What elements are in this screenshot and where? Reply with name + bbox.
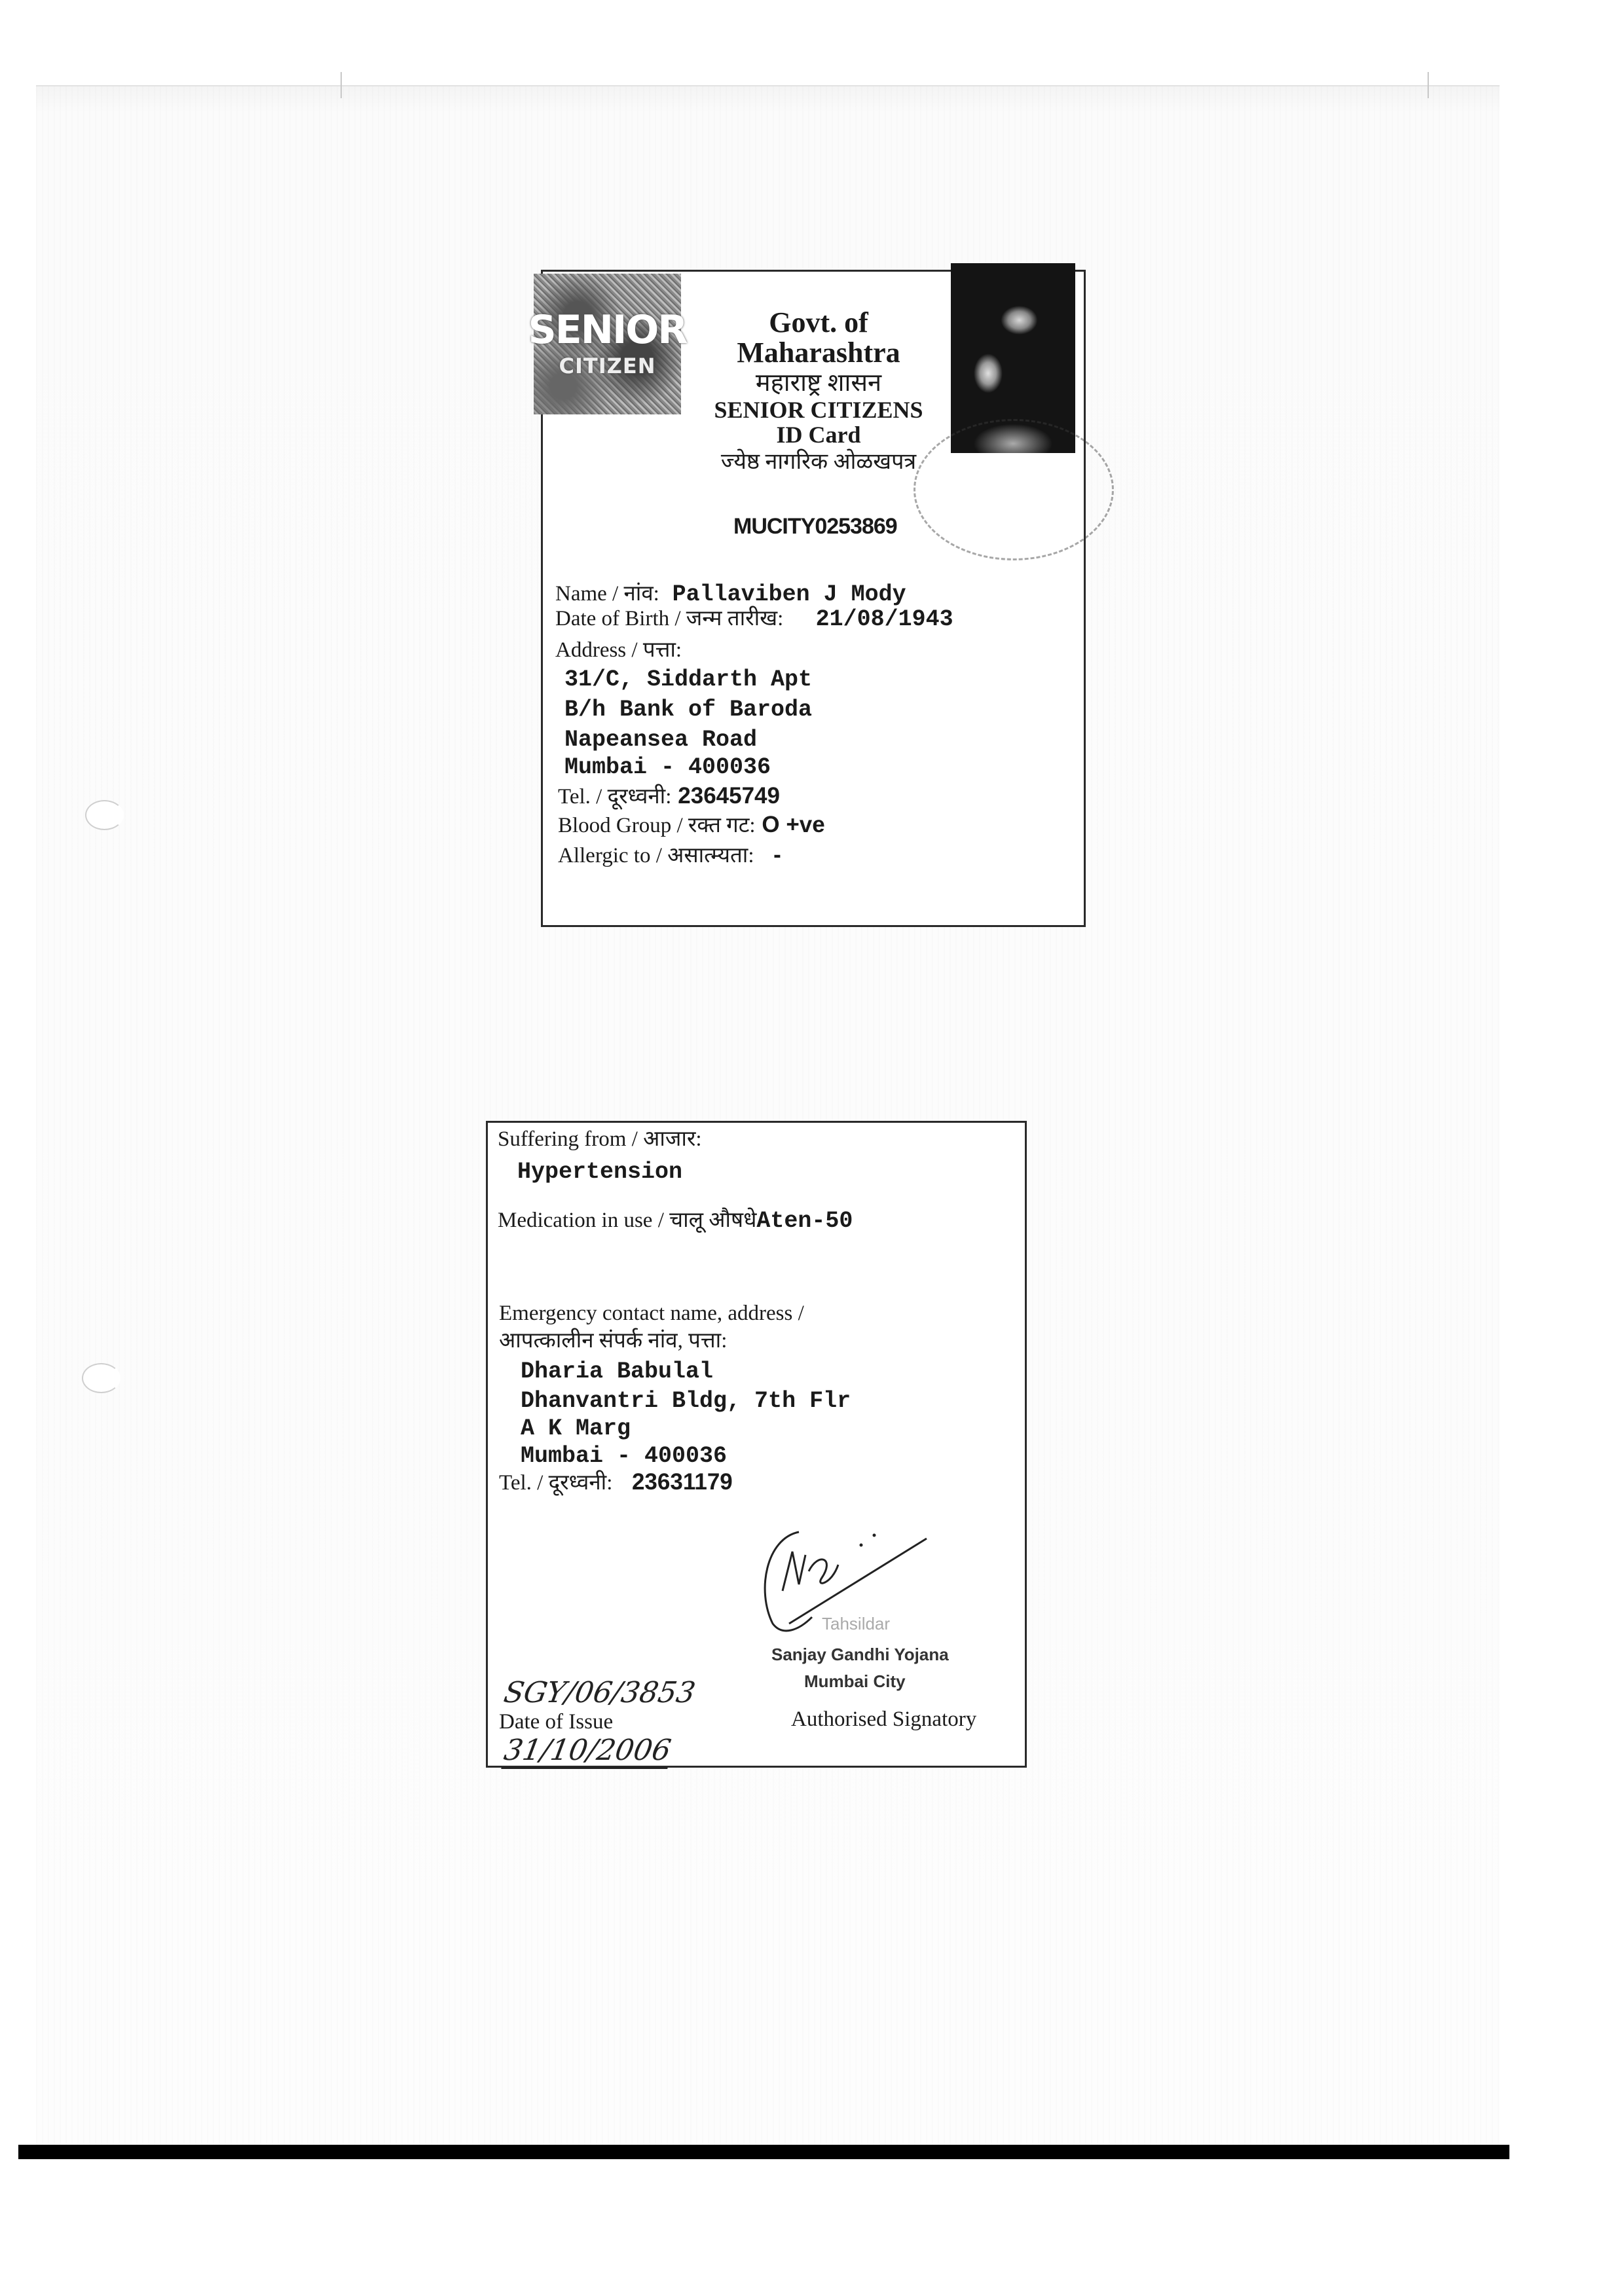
address-line: 31/C, Siddarth Apt bbox=[564, 666, 812, 693]
reference-number-handwritten: SGY/06/3853 bbox=[502, 1676, 698, 1709]
field-blood-group: Blood Group / रक्त गट: O +ve bbox=[558, 812, 825, 839]
stamp-line-scheme: Sanjay Gandhi Yojana bbox=[771, 1645, 949, 1665]
emergency-contact-line: Mumbai - 400036 bbox=[521, 1443, 727, 1469]
scan-artifact bbox=[1428, 72, 1429, 98]
logo-senior-text: SENIOR bbox=[528, 310, 687, 350]
authorised-signatory-label: Authorised Signatory bbox=[791, 1707, 976, 1731]
scan-artifact bbox=[341, 72, 342, 98]
field-suffering-from: Suffering from / आजार: bbox=[498, 1127, 702, 1152]
name-value: Pallaviben J Mody bbox=[673, 581, 906, 608]
address-line: Napeansea Road bbox=[564, 727, 757, 753]
field-allergic-to: Allergic to / असात्म्यता: - bbox=[558, 842, 781, 869]
date-of-issue-handwritten: 31/10/2006 bbox=[501, 1734, 673, 1769]
suffering-label: Suffering from / आजार: bbox=[498, 1127, 702, 1151]
dob-label: Date of Birth / जन्म तारीख: bbox=[555, 607, 783, 630]
punch-hole-mark bbox=[82, 1363, 120, 1393]
allergic-label: Allergic to / असात्म्यता: bbox=[558, 844, 754, 867]
header-govt: Govt. of bbox=[681, 308, 956, 338]
emergency-contact-line: Dhanvantri Bldg, 7th Flr bbox=[521, 1388, 851, 1414]
emergency-label-marathi: आपत्कालीन संपर्क नांव, पत्ता: bbox=[499, 1329, 727, 1353]
blood-group-label: Blood Group / रक्त गट: bbox=[558, 814, 756, 837]
emergency-contact-line: A K Marg bbox=[521, 1415, 631, 1442]
emergency-label: Emergency contact name, address / bbox=[499, 1302, 804, 1325]
official-stamp-seal bbox=[913, 419, 1114, 560]
header-card-subtitle: ID Card bbox=[681, 423, 956, 448]
name-label: Name / नांव: bbox=[555, 582, 659, 606]
punch-hole-mark bbox=[85, 800, 124, 830]
card-header: Govt. of Maharashtra महाराष्ट्र शासन SEN… bbox=[681, 308, 956, 474]
field-medication: Medication in use / चालू औषधेAten-50 bbox=[498, 1208, 853, 1234]
senior-citizen-logo: SENIOR CITIZEN bbox=[534, 274, 681, 414]
header-card-title: SENIOR CITIZENS bbox=[681, 398, 956, 423]
address-label: Address / पत्ता: bbox=[555, 638, 682, 662]
header-state-marathi: महाराष्ट्र शासन bbox=[681, 371, 956, 397]
dob-value: 21/08/1943 bbox=[816, 606, 953, 632]
authorised-signatory: Authorised Signatory bbox=[791, 1707, 976, 1732]
medication-value: Aten-50 bbox=[756, 1208, 853, 1234]
emergency-contact-line: Dharia Babulal bbox=[521, 1358, 713, 1385]
emergency-tel-label: Tel. / दूरध्वनी: bbox=[499, 1471, 612, 1495]
blood-group-value: O +ve bbox=[762, 812, 824, 837]
emergency-tel-value: 23631179 bbox=[632, 1469, 733, 1495]
tel-label: Tel. / दूरध्वनी: bbox=[558, 785, 671, 809]
logo-citizen-text: CITIZEN bbox=[559, 354, 656, 378]
field-dob: Date of Birth / जन्म तारीख: 21/08/1943 bbox=[555, 606, 953, 632]
date-of-issue-label: Date of Issue bbox=[499, 1710, 613, 1735]
field-emergency-label: Emergency contact name, address / bbox=[499, 1302, 804, 1326]
field-address-label: Address / पत्ता: bbox=[555, 638, 682, 663]
allergic-value: - bbox=[773, 842, 781, 867]
scan-footer-bar bbox=[18, 2145, 1509, 2159]
card-number: MUCITY0253869 bbox=[733, 514, 897, 539]
header-card-title-marathi: ज्येष्ठ नागरिक ओळखपत्र bbox=[681, 450, 956, 474]
field-tel: Tel. / दूरध्वनी: 23645749 bbox=[558, 783, 780, 810]
stamp-line-city: Mumbai City bbox=[804, 1671, 906, 1692]
field-emergency-tel: Tel. / दूरध्वनी: 23631179 bbox=[499, 1469, 733, 1496]
stamp-line-tahsildar: Tahsildar bbox=[822, 1614, 890, 1634]
tel-value: 23645749 bbox=[678, 783, 780, 809]
medication-label: Medication in use / चालू औषधे bbox=[498, 1209, 756, 1232]
field-emergency-label-marathi: आपत्कालीन संपर्क नांव, पत्ता: bbox=[499, 1329, 727, 1354]
address-line: Mumbai - 400036 bbox=[564, 754, 771, 780]
date-of-issue-label-text: Date of Issue bbox=[499, 1710, 613, 1734]
header-state: Maharashtra bbox=[681, 338, 956, 368]
suffering-value: Hypertension bbox=[517, 1159, 682, 1185]
field-name: Name / नांव: Pallaviben J Mody bbox=[555, 581, 906, 608]
address-line: B/h Bank of Baroda bbox=[564, 697, 812, 723]
